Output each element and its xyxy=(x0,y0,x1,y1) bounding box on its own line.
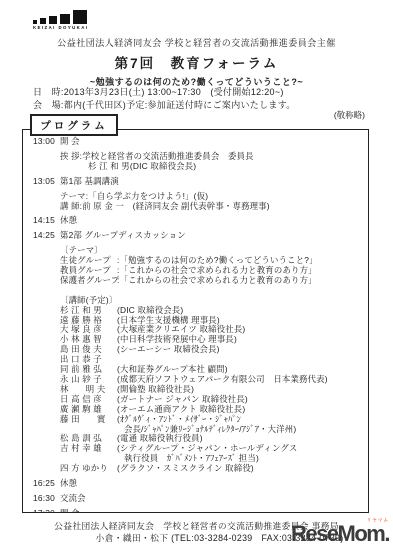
program-line: 杉 江 和 男(DIC 取締役会長) xyxy=(23,162,368,172)
program-time xyxy=(23,415,60,425)
resemom-ruby-text: リセマム xyxy=(311,516,389,523)
keizai-doyukai-logo: KEIZAI DOYUKAI xyxy=(33,10,110,32)
program-timed-row: 13:00開 会 xyxy=(23,137,368,147)
program-time xyxy=(23,444,60,454)
program-time xyxy=(23,395,60,405)
program-time xyxy=(23,464,60,474)
program-time xyxy=(23,425,60,435)
program-time xyxy=(23,306,60,316)
program-time: 17:30 xyxy=(23,509,60,513)
program-text: 閉 会 xyxy=(60,509,368,513)
resemom-wordmark: ReseMom. xyxy=(291,521,389,546)
program-time xyxy=(23,256,60,266)
program-time: 16:25 xyxy=(23,479,60,489)
resemom-logo[interactable]: リセマム ReseMom. xyxy=(291,516,389,546)
speaker-name: 保護者グループ xyxy=(60,276,117,286)
program-time xyxy=(23,385,60,395)
program-time xyxy=(23,365,60,375)
program-time xyxy=(23,192,60,202)
event-venue-line: 会 場:都内(千代田区)予定:参加証送付時にご案内いたします。 xyxy=(33,99,296,112)
program-text: 第1部 基調講演 xyxy=(60,177,368,187)
program-timed-row: 16:30交流会 xyxy=(23,494,368,504)
document-header: 公益社団法人経済同友会 学校と経営者の交流活動推進委員会主催 第7回 教育フォー… xyxy=(0,36,393,88)
program-time: 14:25 xyxy=(23,231,60,241)
program-time: 14:15 xyxy=(23,216,60,226)
honorific-note: (敬称略) xyxy=(334,109,365,121)
speaker-affiliation: :「これからの社会で求められる力と教育のあり方」 xyxy=(117,276,368,286)
speaker-name: 吉 村 幸 雄 xyxy=(60,444,117,454)
program-flyer-page: { "logo": { "caption": "KEIZAI DOYUKAI" … xyxy=(0,0,393,560)
program-box: 13:00開 会挨 拶:学校と経営者の交流活動推進委員会 委員長杉 江 和 男(… xyxy=(22,129,369,513)
program-time: 13:00 xyxy=(23,137,60,147)
program-time xyxy=(23,405,60,415)
doyukai-logo-caption: KEIZAI DOYUKAI xyxy=(33,26,88,30)
program-text: 第2部 グループディスカッション xyxy=(60,231,368,241)
program-time xyxy=(23,296,60,306)
program-timed-row: 13:05第1部 基調講演 xyxy=(23,177,368,187)
program-line: 講 師:前 原 金 一 (経済同友会 副代表幹事・専務理事) xyxy=(23,202,368,212)
program-time xyxy=(23,246,60,256)
program-time xyxy=(23,276,60,286)
program-time xyxy=(23,325,60,335)
program-time xyxy=(23,266,60,276)
speaker-name: 藤 田 實 xyxy=(60,415,117,425)
event-date-line: 日 時:2013年3月23日(土) 13:00~17:30 (受付開始12:20… xyxy=(33,86,296,99)
speaker-name: 四 方 ゆかり xyxy=(60,464,117,474)
program-time: 13:05 xyxy=(23,177,60,187)
program-text: 講 師:前 原 金 一 (経済同友会 副代表幹事・専務理事) xyxy=(60,202,368,212)
organizer-line: 公益社団法人経済同友会 学校と経営者の交流活動推進委員会主催 xyxy=(0,36,393,49)
program-timed-row: 14:15休憩 xyxy=(23,216,368,226)
page-title: 第7回 教育フォーラム xyxy=(0,52,393,72)
program-text: 〔講師(予定)〕 xyxy=(60,296,368,306)
program-time xyxy=(23,316,60,326)
program-timed-row: 16:25休憩 xyxy=(23,479,368,489)
program-text: 開 会 xyxy=(60,137,368,147)
program-time xyxy=(23,286,60,296)
program-text: 休憩 xyxy=(60,216,368,226)
program-time xyxy=(23,434,60,444)
program-time xyxy=(23,152,60,162)
program-section-label: プログラム xyxy=(30,114,118,136)
program-time: 16:30 xyxy=(23,494,60,504)
program-text: 杉 江 和 男(DIC 取締役会長) xyxy=(60,162,368,172)
program-timed-row: 17:30閉 会 xyxy=(23,509,368,513)
speaker-affiliation: (グラクソ・スミスクライン 取締役) xyxy=(117,464,368,474)
program-time xyxy=(23,202,60,212)
program-time xyxy=(23,375,60,385)
doyukai-squares-icon xyxy=(33,10,110,24)
program-line: 保護者グループ:「これからの社会で求められる力と教育のあり方」 xyxy=(23,276,368,286)
program-line: 四 方 ゆかり(グラクソ・スミスクライン 取締役) xyxy=(23,464,368,474)
program-timed-row: 14:25第2部 グループディスカッション xyxy=(23,231,368,241)
program-rows: 13:00開 会挨 拶:学校と経営者の交流活動推進委員会 委員長杉 江 和 男(… xyxy=(23,137,368,513)
event-info: 日 時:2013年3月23日(土) 13:00~17:30 (受付開始12:20… xyxy=(33,86,296,112)
program-time xyxy=(23,355,60,365)
program-text: 休憩 xyxy=(60,479,368,489)
program-time xyxy=(23,454,60,464)
program-time xyxy=(23,162,60,172)
program-time xyxy=(23,335,60,345)
program-time xyxy=(23,345,60,355)
program-text: 交流会 xyxy=(60,494,368,504)
speaker-affiliation: (シーエーシー 取締役会長) xyxy=(117,345,368,355)
